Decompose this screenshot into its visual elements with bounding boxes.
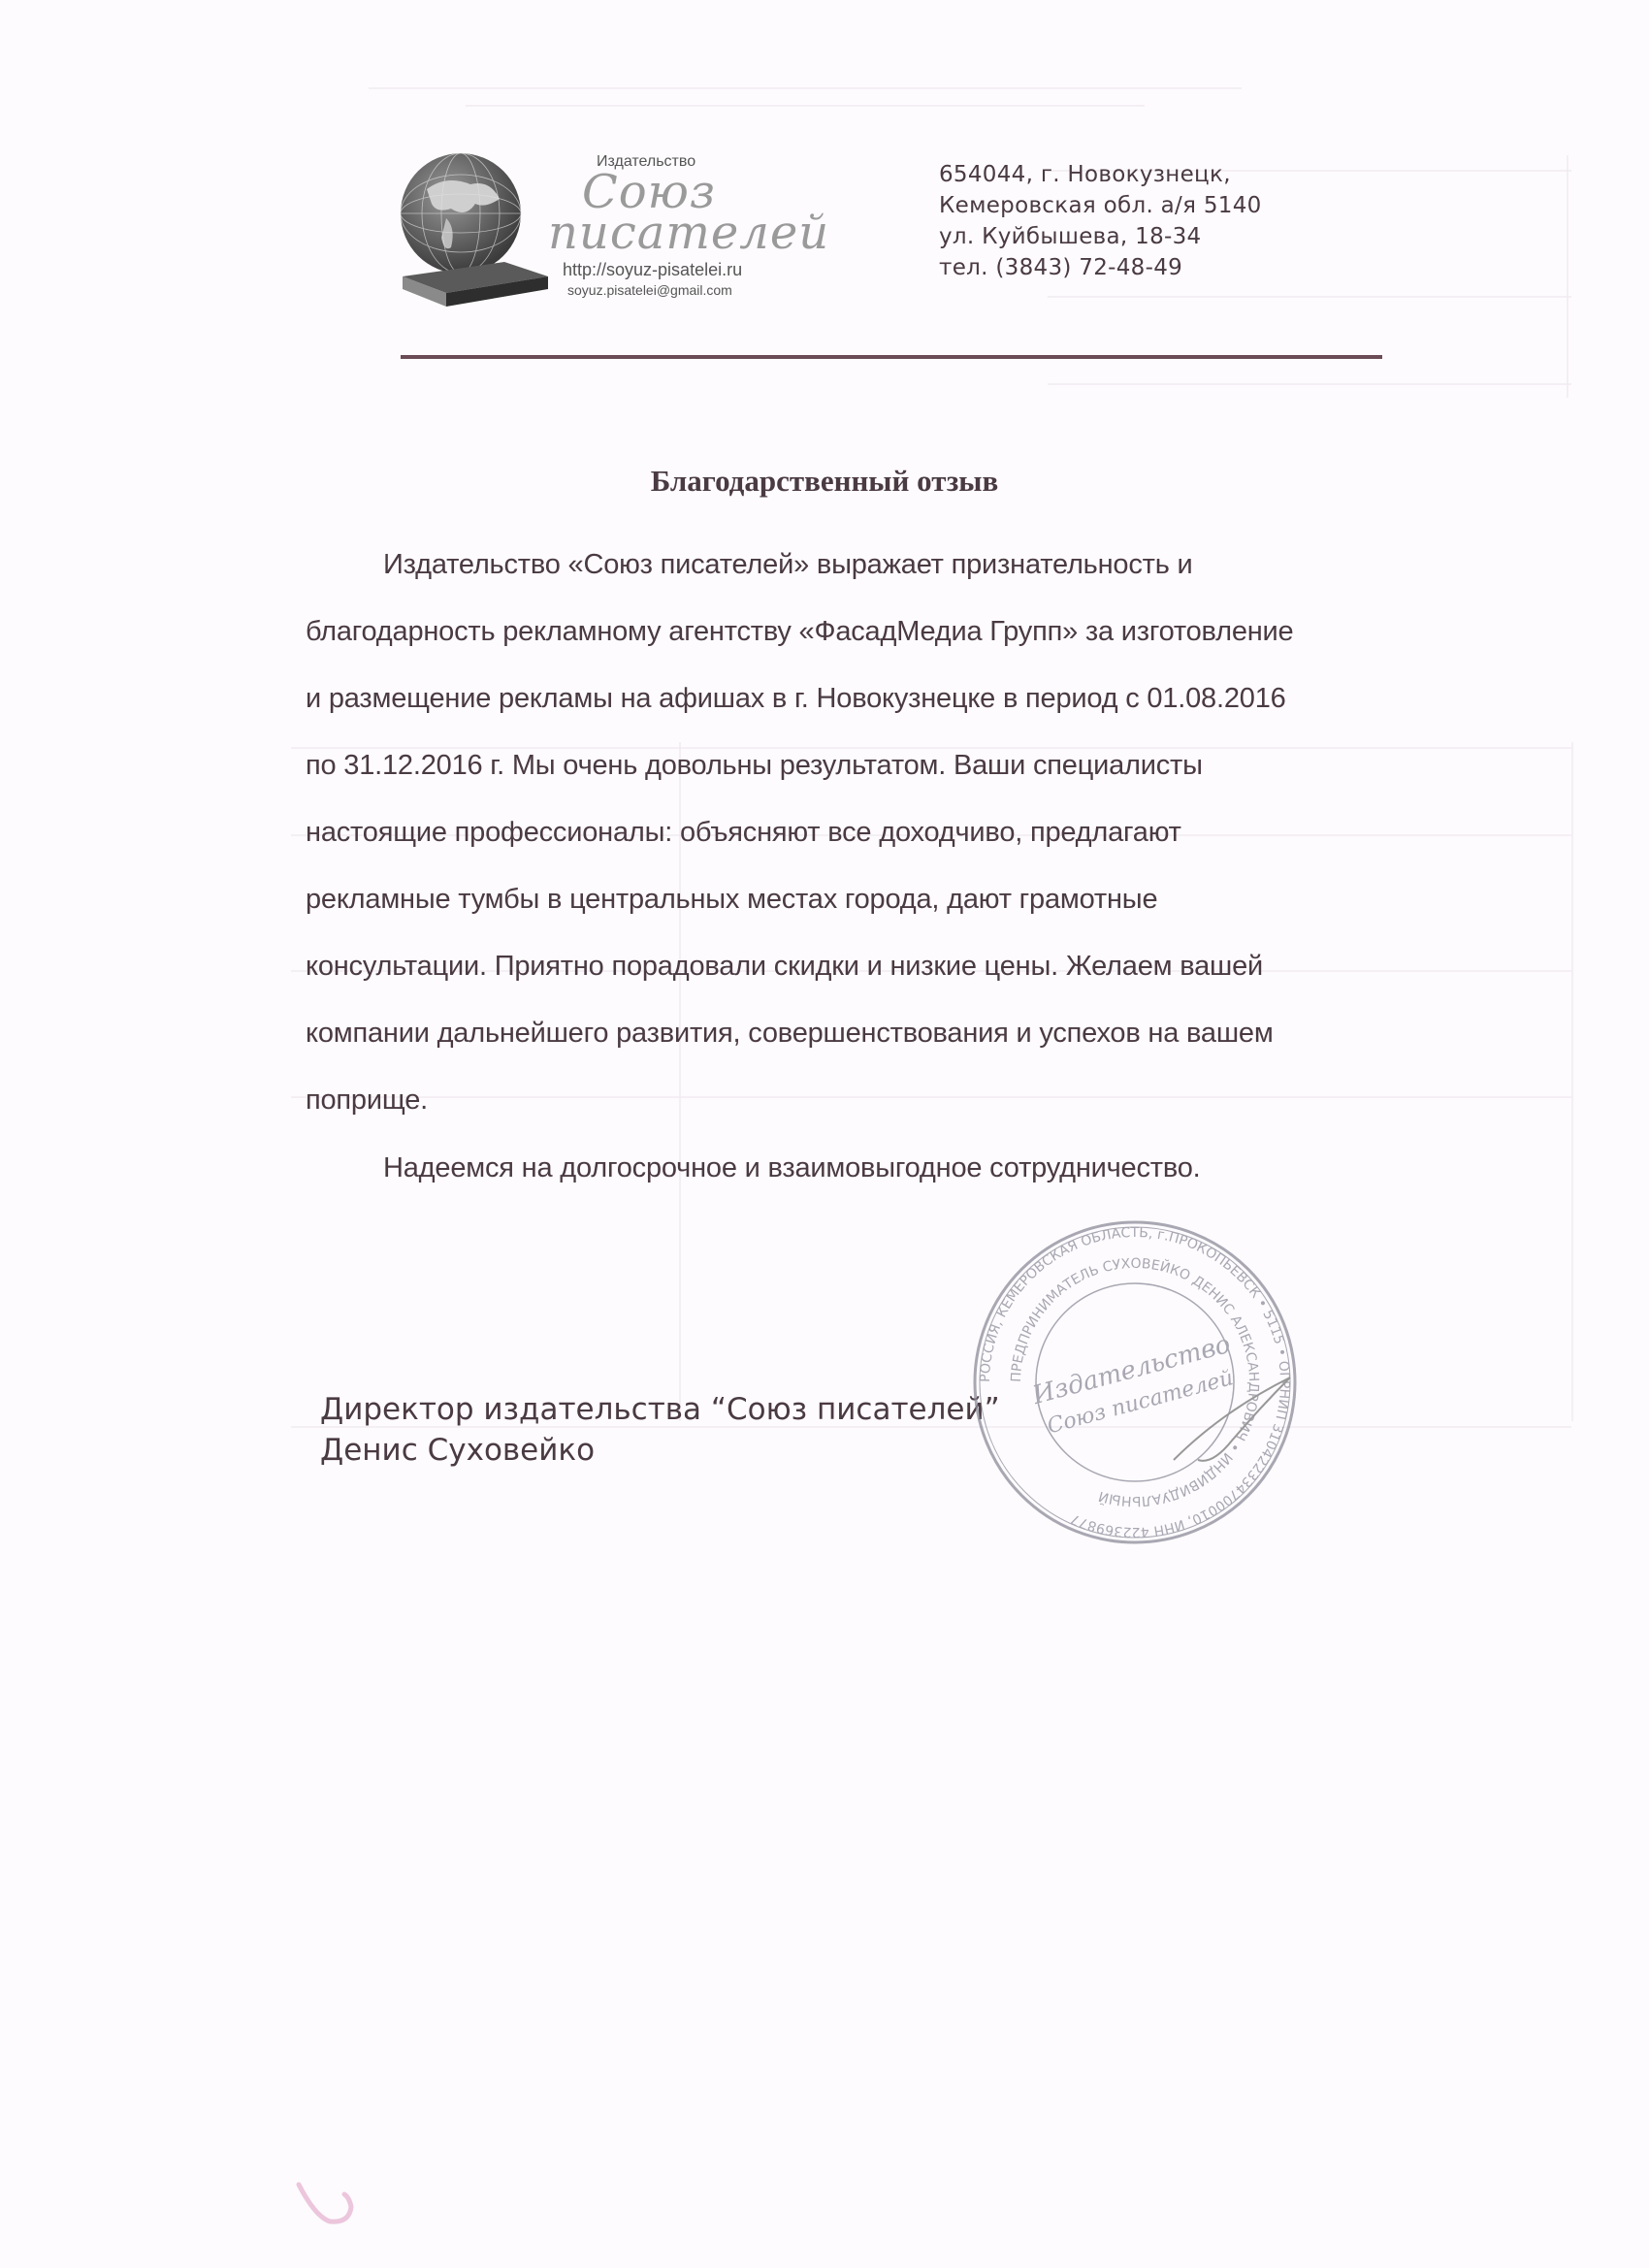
pink-mark (291, 2173, 369, 2241)
show-through-line (1567, 155, 1568, 398)
body-line: Издательство «Союз писателей» выражает п… (306, 532, 1518, 599)
letterhead-address: 654044, г. Новокузнецк, Кемеровская обл.… (939, 159, 1262, 283)
signatory-position: Директор издательства “Союз писателей” (320, 1389, 1000, 1430)
logo-website: http://soyuz-pisatelei.ru (563, 260, 742, 280)
letterhead-divider (401, 355, 1382, 359)
signatory-name: Денис Суховейко (320, 1430, 1000, 1471)
body-line: поприще. (306, 1067, 1518, 1134)
body-line: благодарность рекламному агентству «Фаса… (306, 599, 1518, 665)
body-line: настоящие профессионалы: объясняют все д… (306, 799, 1518, 866)
document-title: Благодарственный отзыв (0, 464, 1649, 499)
logo-email: soyuz.pisatelei@gmail.com (567, 282, 732, 298)
document-body: Издательство «Союз писателей» выражает п… (306, 532, 1518, 1134)
address-line: ул. Куйбышева, 18-34 (939, 221, 1262, 252)
address-line: 654044, г. Новокузнецк, (939, 159, 1262, 190)
body-line: и размещение рекламы на афишах в г. Ново… (306, 665, 1518, 732)
show-through-line (1571, 742, 1573, 1421)
show-through-line (1048, 296, 1571, 298)
show-through-line (1048, 383, 1571, 385)
body-line: по 31.12.2016 г. Мы очень довольны резул… (306, 732, 1518, 799)
show-through-line (369, 87, 1242, 89)
letter-page: Издательство Союз писателей http://soyuz… (0, 0, 1649, 2268)
body-line: компании дальнейшего развития, совершенс… (306, 1000, 1518, 1067)
closing-line: Надеемся на долгосрочное и взаимовыгодно… (383, 1152, 1201, 1184)
logo-name-line2: писателей (548, 206, 829, 260)
company-stamp: РОССИЯ, КЕМЕРОВСКАЯ ОБЛАСТЬ, г.ПРОКОПЬЕВ… (970, 1217, 1300, 1547)
signature-block: Директор издательства “Союз писателей” Д… (320, 1389, 1000, 1471)
show-through-line (466, 105, 1145, 107)
book-icon (398, 252, 553, 310)
address-line: тел. (3843) 72-48-49 (939, 252, 1262, 283)
body-line: рекламные тумбы в центральных местах гор… (306, 866, 1518, 933)
body-line: консультации. Приятно порадовали скидки … (306, 933, 1518, 1000)
publisher-logo: Издательство Союз писателей http://soyuz… (398, 146, 805, 310)
address-line: Кемеровская обл. а/я 5140 (939, 190, 1262, 221)
